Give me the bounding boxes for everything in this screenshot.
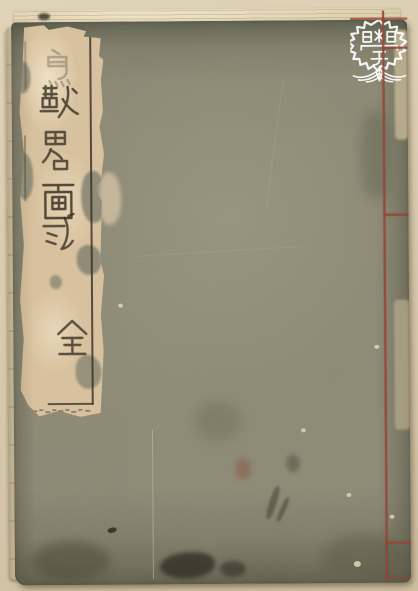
stain (32, 541, 110, 582)
book-cover: 鳥 獸 畧 (11, 20, 411, 586)
slip-worn-patch (81, 171, 106, 223)
binding-stitch-bottom-corner (386, 576, 411, 578)
slip-border-left (24, 135, 26, 201)
wear-speck (354, 561, 361, 567)
wear-speck (390, 515, 395, 519)
binding-stitch-top-corner (350, 18, 407, 20)
stain (194, 401, 242, 441)
wear-speck (346, 493, 351, 497)
stain (264, 485, 281, 520)
photo-background: 鳥 獸 畧 (0, 0, 418, 591)
crease-line (133, 246, 303, 257)
wear-speck (118, 304, 123, 308)
slip-worn-patch (50, 275, 62, 289)
stain (235, 458, 251, 480)
title-slip: 鳥 獸 畧 (18, 25, 106, 418)
slip-worn-patch (15, 61, 30, 93)
crease-line (152, 429, 154, 579)
stain (361, 111, 392, 199)
crease-line (265, 81, 283, 210)
slip-border-left (24, 41, 26, 89)
wear-speck (301, 428, 306, 432)
crest-glyph: 學 (368, 38, 388, 67)
title-character-strokes (37, 128, 81, 172)
stain (107, 527, 117, 534)
slip-colophon-marks (31, 407, 93, 415)
title-character-strokes (37, 213, 81, 255)
stain (276, 497, 291, 523)
stain (322, 534, 410, 581)
wear-speck (374, 345, 379, 349)
book: 鳥 獸 畧 (0, 0, 418, 591)
title-character: 畧 (37, 128, 81, 170)
binding-stitch (383, 214, 408, 216)
title-character-strokes (37, 83, 81, 125)
slip-border-bottom (48, 403, 94, 405)
volume-marker-strokes (50, 317, 94, 359)
stain (160, 552, 215, 578)
title-character: 式 (37, 213, 81, 255)
stain (286, 454, 300, 472)
stain (220, 561, 246, 577)
spine-edge-wear (394, 300, 410, 430)
title-character: 獸 (37, 83, 81, 125)
slip-worn-patch (75, 355, 101, 389)
binding-stitch (386, 542, 411, 544)
stain (99, 173, 121, 225)
volume-marker: 全 (50, 317, 94, 359)
binding-stitch (382, 47, 407, 49)
